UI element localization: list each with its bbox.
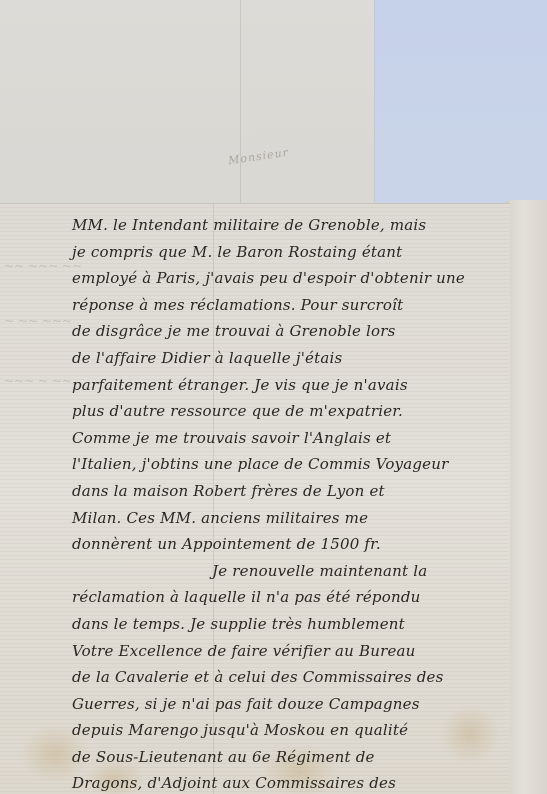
text-line: Guerres, si je n'ai pas fait douze Campa… [72, 691, 512, 718]
ink-bleed-through: ~~ ~~~ ~~ [4, 259, 82, 273]
fold-line [240, 0, 241, 230]
text-line: réponse à mes réclamations. Pour surcroî… [72, 292, 512, 319]
text-line: réclamation à laquelle il n'a pas été ré… [72, 584, 512, 611]
text-line: plus d'autre ressource que de m'expatrie… [72, 398, 512, 425]
text-line: donnèrent un Appointement de 1500 fr. [72, 531, 512, 558]
text-line: Milan. Ces MM. anciens militaires me [72, 505, 512, 532]
faded-address-mark: Monsieur [227, 146, 289, 167]
text-line: de la Cavalerie et à celui des Commissai… [72, 664, 512, 691]
text-line: dans le temps. Je supplie très humblemen… [72, 611, 512, 638]
text-line: de Sous-Lieutenant au 6e Régiment de [72, 744, 512, 771]
ink-bleed-through: ~ ~~ ~~~ [4, 314, 72, 328]
text-line: Votre Excellence de faire vérifier au Bu… [72, 638, 512, 665]
text-line: Comme je me trouvais savoir l'Anglais et [72, 425, 512, 452]
text-line: Dragons, d'Adjoint aux Commissaires des [72, 770, 512, 794]
text-line: parfaitement étranger. Je vis que je n'a… [72, 372, 512, 399]
text-line: je compris que M. le Baron Rostaing étan… [72, 239, 512, 266]
text-line: employé à Paris, j'avais peu d'espoir d'… [72, 265, 512, 292]
ink-bleed-through: ~~~ ~ ~~ [4, 374, 72, 388]
text-line: depuis Marengo jusqu'à Moskou en qualité [72, 717, 512, 744]
text-line: dans la maison Robert frères de Lyon et [72, 478, 512, 505]
text-line: MM. le Intendant militaire de Grenoble, … [72, 212, 512, 239]
text-line: l'Italien, j'obtins une place de Commis … [72, 451, 512, 478]
handwritten-text: MM. le Intendant militaire de Grenoble, … [72, 212, 512, 794]
text-line: de l'affaire Didier à laquelle j'étais [72, 345, 512, 372]
back-sheet: Monsieur [0, 0, 375, 230]
text-line-paragraph-start: Je renouvelle maintenant la [72, 558, 512, 585]
text-line: de disgrâce je me trouvai à Grenoble lor… [72, 318, 512, 345]
